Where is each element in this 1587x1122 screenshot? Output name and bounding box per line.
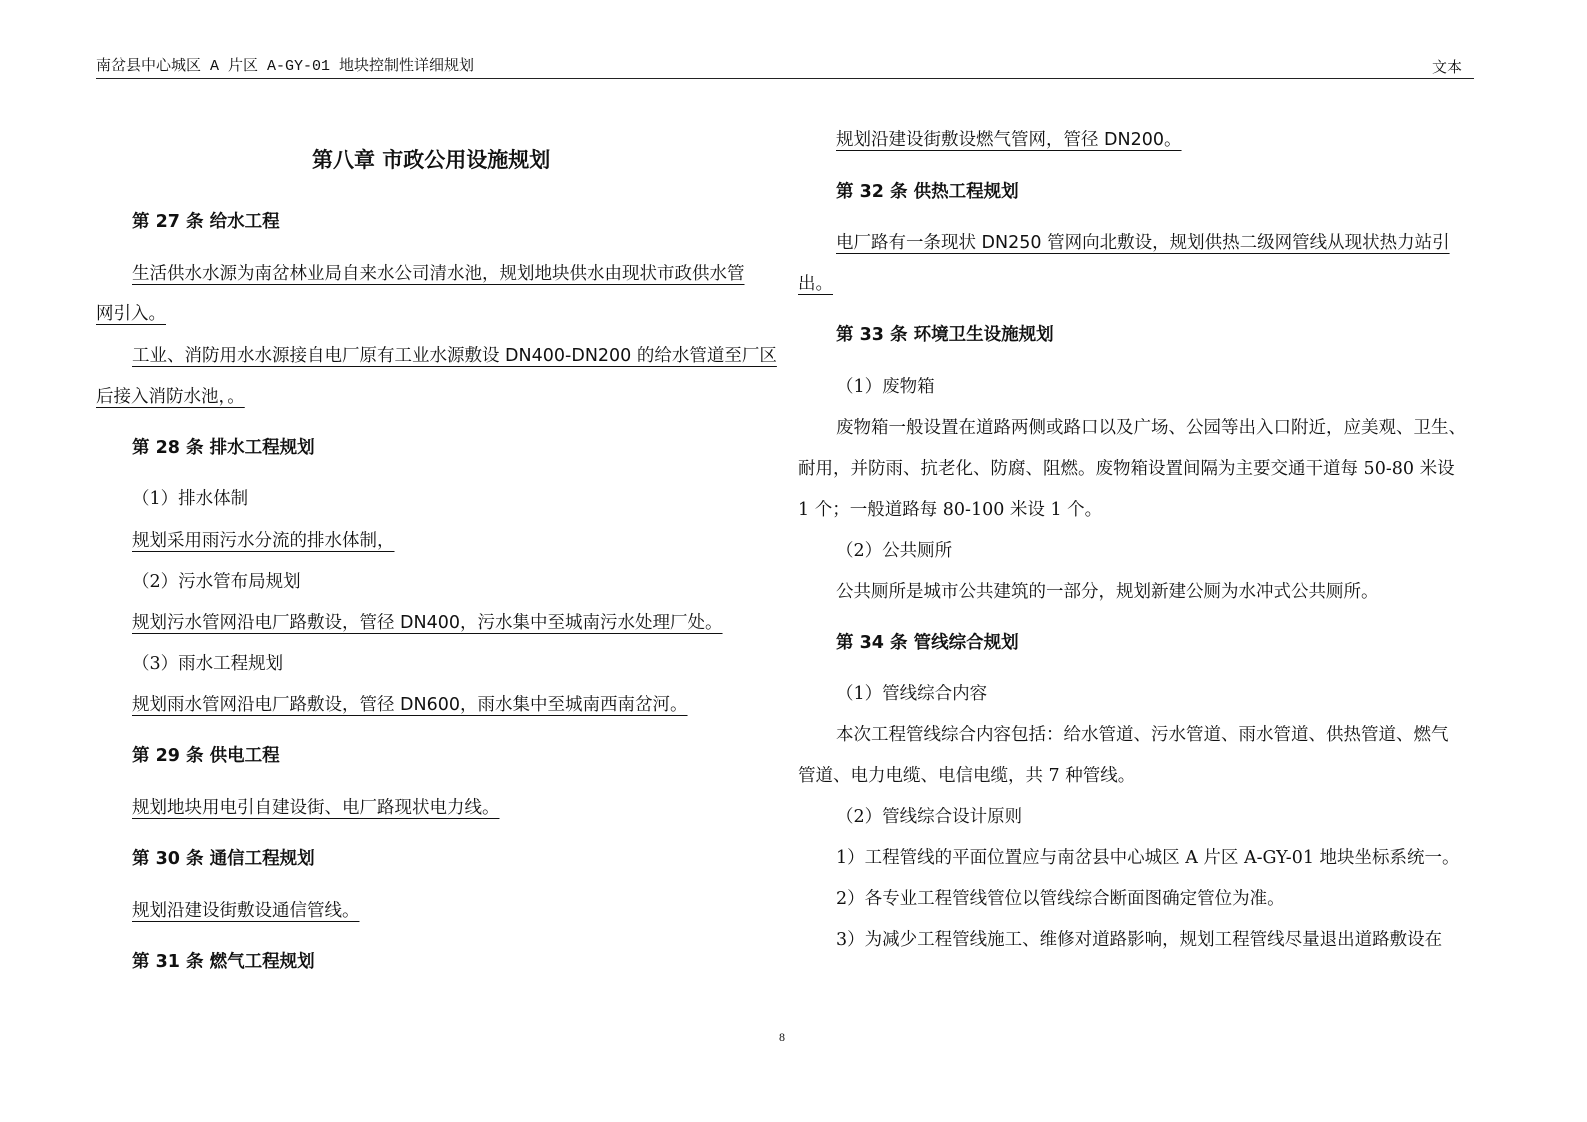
article-34-point2: 2）各专业工程管线管位以管线综合断面图确定管位为准。	[836, 887, 1285, 911]
article-28-sub2: （2）污水管布局规划	[132, 570, 301, 594]
article-27-para1-line1: 生活供水水源为南岔林业局自来水公司清水池，规划地块供水由现状市政供水管	[132, 262, 745, 286]
article-27-title: 第 27 条 给水工程	[132, 210, 280, 234]
article-28-sub1: （1）排水体制	[132, 487, 248, 511]
article-33-title: 第 33 条 环境卫生设施规划	[836, 323, 1054, 347]
article-28-sub1-text: 规划采用雨污水分流的排水体制，	[132, 529, 395, 553]
article-27-para2-line2: 后接入消防水池，。	[96, 385, 245, 409]
article-32-title: 第 32 条 供热工程规划	[836, 180, 1019, 204]
document-title: 南岔县中心城区 A 片区 A-GY-01 地块控制性详细规划	[96, 56, 474, 78]
article-27-para1-line2: 网引入。	[96, 302, 166, 326]
article-31-title: 第 31 条 燃气工程规划	[132, 950, 315, 974]
article-32-line1: 电厂路有一条现状 DN250 管网向北敷设，规划供热二级网管线从现状热力站引	[836, 231, 1450, 255]
article-33-sub1-line1: 废物箱一般设置在道路两侧或路口以及广场、公园等出入口附近，应美观、卫生、	[836, 416, 1466, 440]
page-number: 8	[779, 1030, 785, 1045]
article-32-line2: 出。	[798, 272, 833, 296]
article-33-sub1-line3: 1 个；一般道路每 80-100 米设 1 个。	[798, 498, 1102, 522]
page-header: 南岔县中心城区 A 片区 A-GY-01 地块控制性详细规划 文本	[96, 56, 1474, 79]
article-28-sub2-text: 规划污水管网沿电厂路敷设，管径 DN400，污水集中至城南污水处理厂处。	[132, 611, 723, 635]
article-33-sub1-line2: 耐用，并防雨、抗老化、防腐、阻燃。废物箱设置间隔为主要交通干道每 50-80 米…	[798, 457, 1455, 481]
article-34-sub1-line1: 本次工程管线综合内容包括：给水管道、污水管道、雨水管道、供热管道、燃气	[836, 723, 1449, 747]
chapter-title: 第八章 市政公用设施规划	[312, 148, 550, 172]
article-33-sub2: （2）公共厕所	[836, 539, 952, 563]
article-31-text: 规划沿建设街敷设燃气管网，管径 DN200。	[836, 128, 1182, 152]
article-34-point1: 1）工程管线的平面位置应与南岔县中心城区 A 片区 A-GY-01 地块坐标系统…	[836, 846, 1460, 870]
article-34-sub1: （1）管线综合内容	[836, 682, 987, 706]
section-label: 文本	[1432, 56, 1462, 78]
article-27-para2-line1: 工业、消防用水水源接自电厂原有工业水源敷设 DN400-DN200 的给水管道至…	[132, 344, 777, 368]
article-28-sub3: （3）雨水工程规划	[132, 652, 283, 676]
article-29-text: 规划地块用电引自建设街、电厂路现状电力线。	[132, 796, 500, 820]
article-34-title: 第 34 条 管线综合规划	[836, 631, 1019, 655]
article-30-title: 第 30 条 通信工程规划	[132, 847, 315, 871]
article-34-sub1-line2: 管道、电力电缆、电信电缆，共 7 种管线。	[798, 764, 1135, 788]
article-33-sub1: （1）废物箱	[836, 375, 935, 399]
article-28-title: 第 28 条 排水工程规划	[132, 436, 315, 460]
article-34-sub2: （2）管线综合设计原则	[836, 805, 1022, 829]
article-34-point3: 3）为减少工程管线施工、维修对道路影响，规划工程管线尽量退出道路敷设在	[836, 928, 1442, 952]
article-33-sub2-text: 公共厕所是城市公共建筑的一部分，规划新建公厕为水冲式公共厕所。	[836, 580, 1379, 604]
article-28-sub3-text: 规划雨水管网沿电厂路敷设，管径 DN600，雨水集中至城南西南岔河。	[132, 693, 688, 717]
article-30-text: 规划沿建设街敷设通信管线。	[132, 899, 360, 923]
article-29-title: 第 29 条 供电工程	[132, 744, 280, 768]
